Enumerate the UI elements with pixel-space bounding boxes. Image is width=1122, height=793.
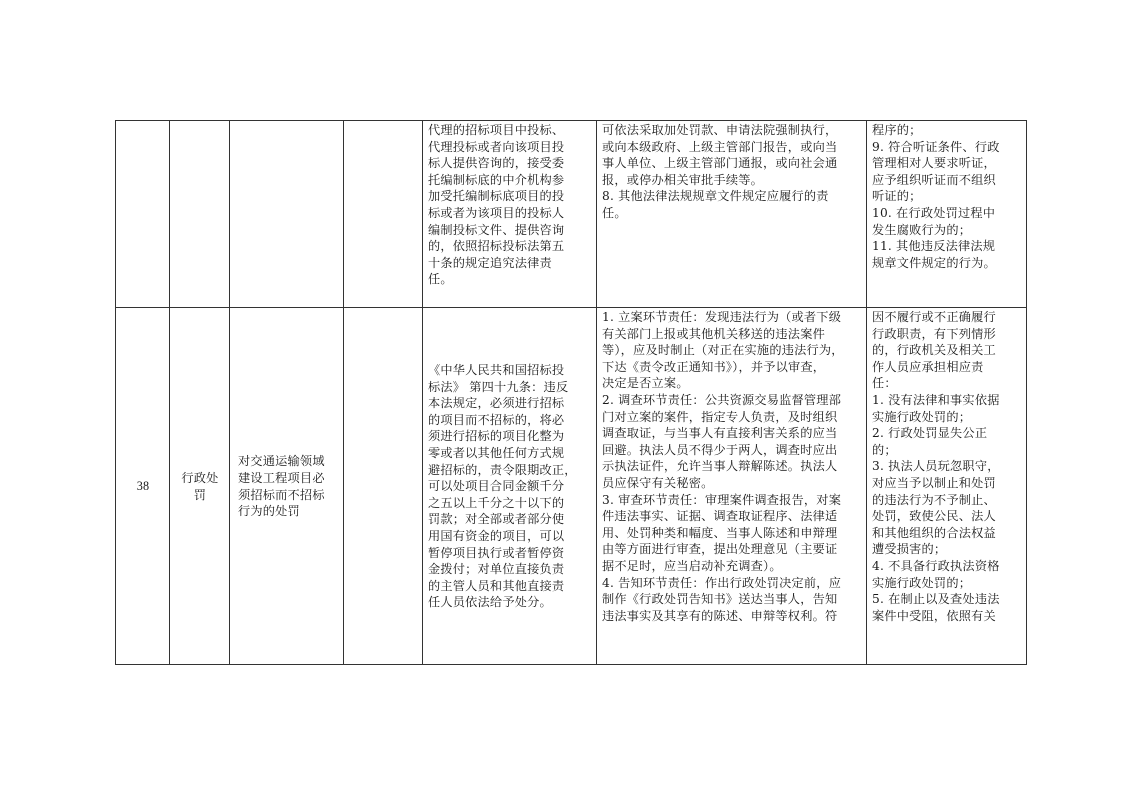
accountability-line: 5. 在制止以及查处违法	[872, 591, 1022, 608]
accountability-line: 处罚，致使公民、法人	[872, 508, 1022, 525]
duty-line: 门对立案的案件，指定专人负责，及时组织	[602, 409, 862, 426]
accountability-line: 发生腐败行为的；	[872, 222, 1022, 239]
name-line: 对交通运输领域	[238, 453, 339, 470]
type-cell: 行政处 罚	[170, 308, 230, 665]
name-cell: 对交通运输领域 建设工程项目必 须招标而不招标 行为的处罚	[230, 308, 344, 665]
basis-line: 编制投标文件、提供咨询	[428, 222, 592, 239]
basis-line: 零或者以其他任何方式规	[428, 445, 592, 462]
basis-line: 十条的规定追究法律责	[428, 255, 592, 272]
accountability-line: 10. 在行政处罚过程中	[872, 205, 1022, 222]
accountability-line: 作人员应承担相应责	[872, 359, 1022, 376]
accountability-line: 9. 符合听证条件、行政	[872, 139, 1022, 156]
name-cell	[230, 121, 344, 308]
duty-line: 4. 告知环节责任：作出行政处罚决定前，应	[602, 575, 862, 592]
accountability-line: 遭受损害的；	[872, 541, 1022, 558]
basis-line: 暂停项目执行或者暂停资	[428, 545, 592, 562]
duties-cell: 1. 立案环节责任：发现违法行为（或者下级 有关部门上报或其他机关移送的违法案件…	[597, 308, 867, 665]
duty-line: 事人单位、上级主管部门通报，或向社会通	[602, 155, 862, 172]
basis-line: 标人提供咨询的，接受委	[428, 155, 592, 172]
type-line: 罚	[175, 487, 225, 504]
accountability-line: 4. 不具备行政执法资格	[872, 558, 1022, 575]
accountability-line: 听证的；	[872, 188, 1022, 205]
basis-line: 任人员依法给予处分。	[428, 594, 592, 611]
basis-line: 标法》 第四十九条：违反	[428, 379, 592, 396]
accountability-line: 的违法行为不予制止、	[872, 492, 1022, 509]
type-line: 行政处	[175, 470, 225, 487]
number-cell: 38	[116, 308, 170, 665]
accountability-line: 1. 没有法律和事实依据	[872, 392, 1022, 409]
duty-line: 报，或停办相关审批手续等。	[602, 172, 862, 189]
duty-line: 1. 立案环节责任：发现违法行为（或者下级	[602, 309, 862, 326]
accountability-cell: 因不履行或不正确履行 行政职责，有下列情形 的，行政机关及相关工 作人员应承担相…	[867, 308, 1027, 665]
basis-line: 代理的招标项目中投标、	[428, 122, 592, 139]
accountability-line: 任：	[872, 375, 1022, 392]
accountability-line: 的，行政机关及相关工	[872, 342, 1022, 359]
basis-line: 可以处项目合同金额千分	[428, 478, 592, 495]
duty-line: 由等方面进行审查，提出处理意见（主要证	[602, 541, 862, 558]
document-page: 代理的招标项目中投标、 代理投标或者向该项目投 标人提供咨询的，接受委 托编制标…	[0, 0, 1122, 793]
duty-line: 任。	[602, 205, 862, 222]
basis-line: 金拨付；对单位直接负责	[428, 561, 592, 578]
duty-line: 调查取证，与当事人有直接利害关系的应当	[602, 425, 862, 442]
number-cell	[116, 121, 170, 308]
type-cell	[170, 121, 230, 308]
duty-line: 2. 调查环节责任：公共资源交易监督管理部	[602, 392, 862, 409]
duty-line: 或向本级政府、上级主管部门报告，或向当	[602, 139, 862, 156]
accountability-line: 案件中受阻，依照有关	[872, 608, 1022, 625]
table-row: 代理的招标项目中投标、 代理投标或者向该项目投 标人提供咨询的，接受委 托编制标…	[116, 121, 1027, 308]
basis-line: 《中华人民共和国招标投	[428, 362, 592, 379]
accountability-line: 因不履行或不正确履行	[872, 309, 1022, 326]
basis-line: 本法规定，必须进行招标	[428, 395, 592, 412]
basis-cell: 代理的招标项目中投标、 代理投标或者向该项目投 标人提供咨询的，接受委 托编制标…	[423, 121, 597, 308]
duty-line: 示执法证件，允许当事人辩解陈述。执法人	[602, 458, 862, 475]
basis-line: 的主管人员和其他直接责	[428, 578, 592, 595]
accountability-line: 3. 执法人员玩忽职守，	[872, 458, 1022, 475]
accountability-line: 管理相对人要求听证，	[872, 155, 1022, 172]
accountability-line: 2. 行政处罚显失公正	[872, 425, 1022, 442]
duty-line: 决定是否立案。	[602, 375, 862, 392]
duty-line: 3. 审查环节责任：审理案件调查报告，对案	[602, 492, 862, 509]
accountability-line: 程序的；	[872, 122, 1022, 139]
basis-line: 之五以上千分之十以下的	[428, 495, 592, 512]
duty-line: 下达《责令改正通知书》），并予以审查，	[602, 359, 862, 376]
basis-line: 加受托编制标底项目的投	[428, 188, 592, 205]
duty-line: 员应保守有关秘密。	[602, 475, 862, 492]
accountability-cell: 程序的； 9. 符合听证条件、行政 管理相对人要求听证， 应予组织听证而不组织 …	[867, 121, 1027, 308]
name-line: 建设工程项目必	[238, 470, 339, 487]
table-row: 38 行政处 罚 对交通运输领域 建设工程项目必 须招标而不招标 行为的处罚 《…	[116, 308, 1027, 665]
accountability-line: 对应当予以制止和处罚	[872, 475, 1022, 492]
basis-line: 标或者为该项目的投标人	[428, 205, 592, 222]
accountability-line: 实施行政处罚的；	[872, 575, 1022, 592]
basis-line: 的项目而不招标的，将必	[428, 412, 592, 429]
accountability-line: 11. 其他违反法律法规	[872, 238, 1022, 255]
basis-line: 代理投标或者向该项目投	[428, 139, 592, 156]
duties-cell: 可依法采取加处罚款、申请法院强制执行， 或向本级政府、上级主管部门报告，或向当 …	[597, 121, 867, 308]
accountability-line: 行政职责，有下列情形	[872, 326, 1022, 343]
basis-line: 的，依照招标投标法第五	[428, 238, 592, 255]
accountability-line: 实施行政处罚的；	[872, 409, 1022, 426]
basis-cell: 《中华人民共和国招标投 标法》 第四十九条：违反 本法规定，必须进行招标 的项目…	[423, 308, 597, 665]
name-line: 行为的处罚	[238, 503, 339, 520]
basis-line: 避招标的，责令限期改正，	[428, 462, 592, 479]
basis-line: 托编制标底的中介机构参	[428, 172, 592, 189]
duty-line: 据不足时，应当启动补充调查）。	[602, 558, 862, 575]
basis-line: 须进行招标的项目化整为	[428, 428, 592, 445]
duty-line: 有关部门上报或其他机关移送的违法案件	[602, 326, 862, 343]
accountability-line: 的；	[872, 442, 1022, 459]
duty-line: 制作《行政处罚告知书》送达当事人，告知	[602, 591, 862, 608]
name-line: 须招标而不招标	[238, 487, 339, 504]
accountability-line: 应予组织听证而不组织	[872, 172, 1022, 189]
accountability-line: 规章文件规定的行为。	[872, 255, 1022, 272]
duty-line: 可依法采取加处罚款、申请法院强制执行，	[602, 122, 862, 139]
duty-line: 8. 其他法律法规规章文件规定应履行的责	[602, 188, 862, 205]
basis-line: 用国有资金的项目，可以	[428, 528, 592, 545]
duty-line: 回避。执法人员不得少于两人，调查时应出	[602, 442, 862, 459]
accountability-line: 和其他组织的合法权益	[872, 525, 1022, 542]
basis-line: 罚款；对全部或者部分使	[428, 511, 592, 528]
duty-line: 件违法事实、证据、调查取证程序、法律适	[602, 508, 862, 525]
power-duty-table: 代理的招标项目中投标、 代理投标或者向该项目投 标人提供咨询的，接受委 托编制标…	[115, 120, 1027, 665]
basis-line: 任。	[428, 271, 592, 288]
sub-item-cell	[344, 121, 423, 308]
duty-line: 用、处罚种类和幅度、当事人陈述和申辩理	[602, 525, 862, 542]
sub-item-cell	[344, 308, 423, 665]
duty-line: 违法事实及其享有的陈述、申辩等权利。符	[602, 608, 862, 625]
duty-line: 等），应及时制止（对正在实施的违法行为，	[602, 342, 862, 359]
